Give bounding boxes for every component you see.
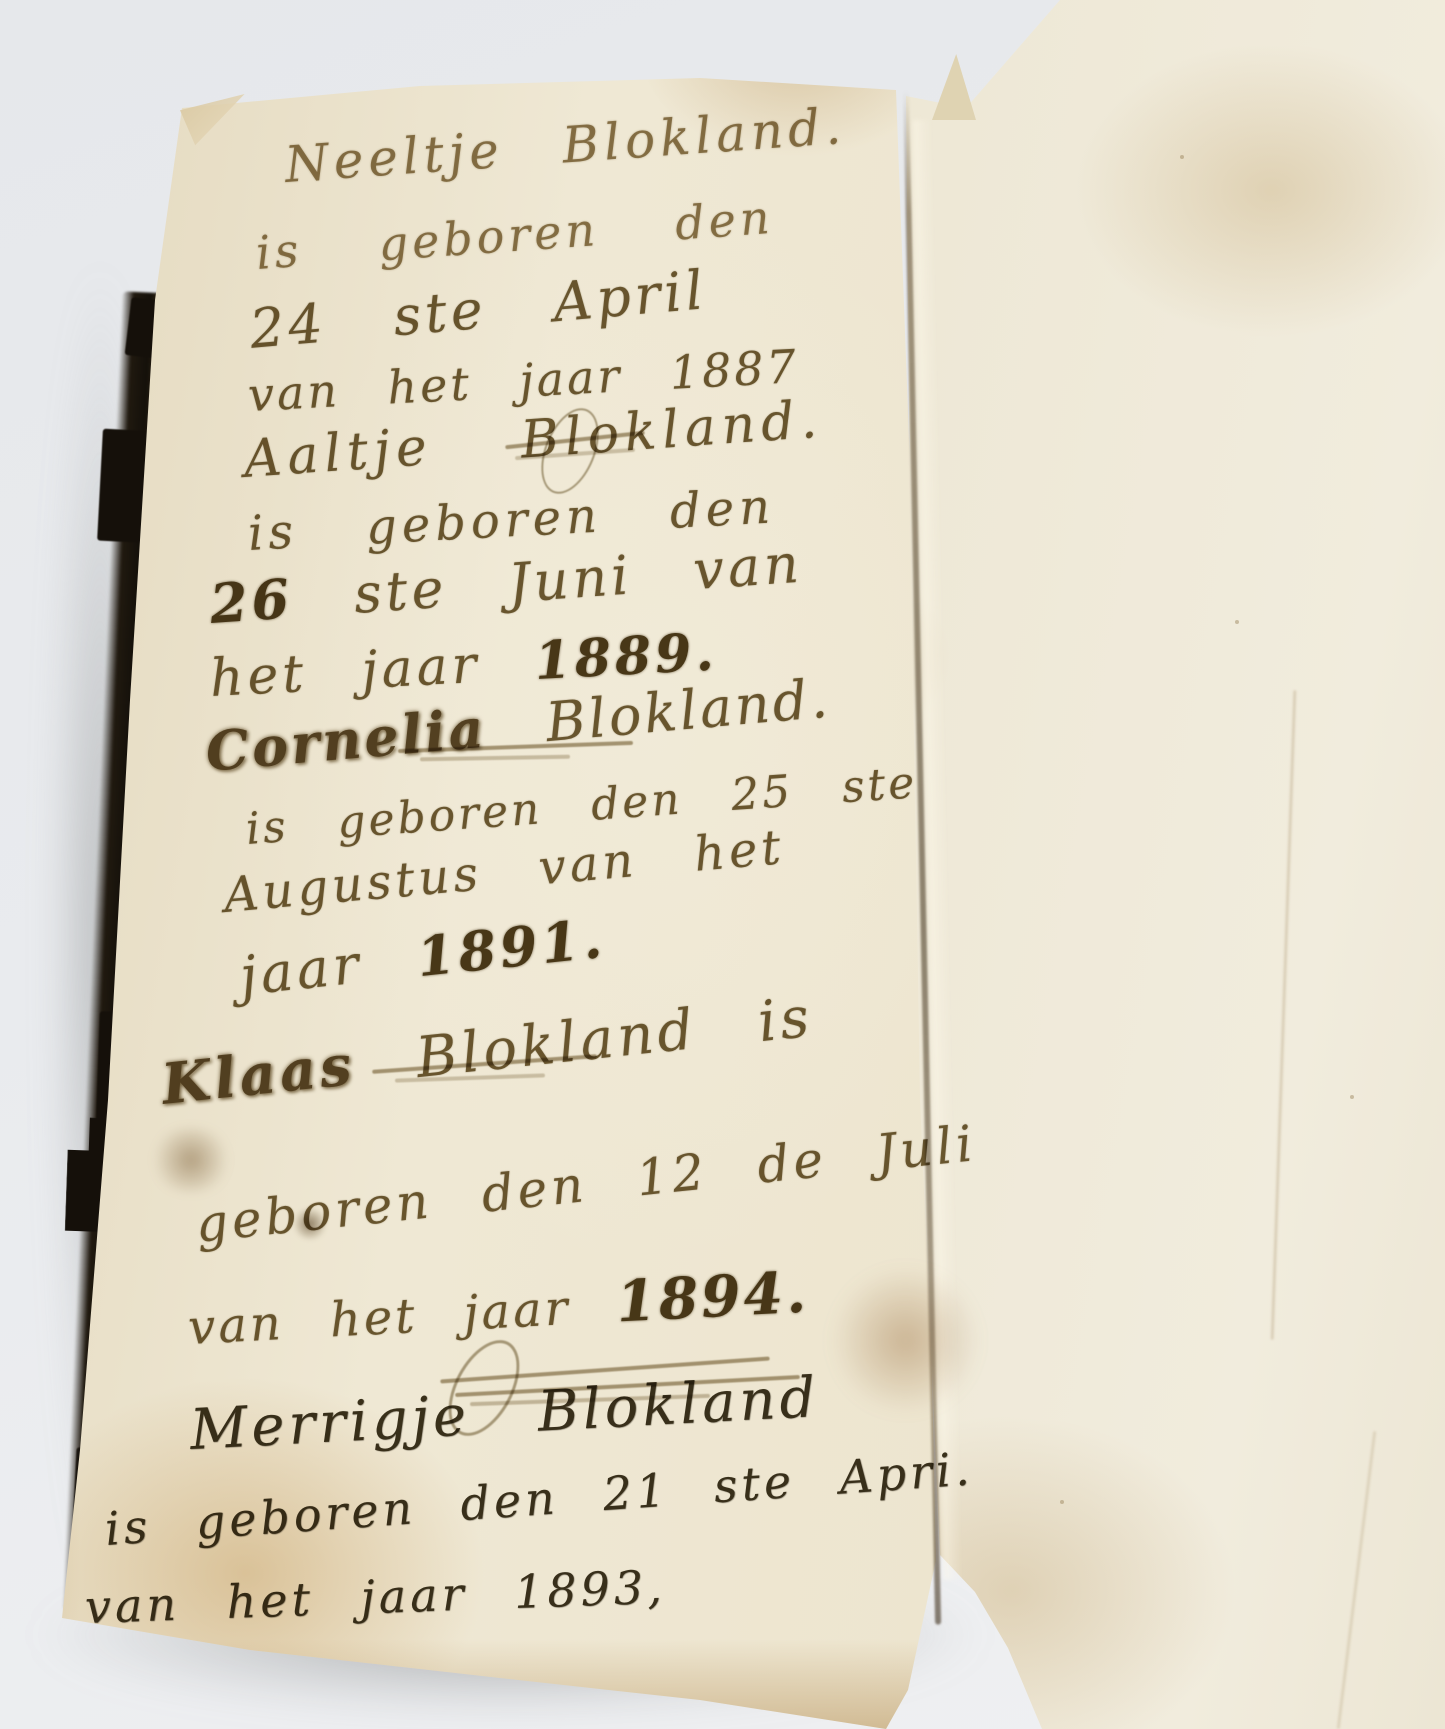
paper-speck [1060,1500,1064,1504]
ink-blot [292,1208,328,1240]
paper-speck [1180,155,1184,159]
paper-speck [1235,620,1239,624]
paper-speck [1350,1095,1354,1099]
handwriting-segment: 26 [208,566,295,636]
ink-stain [828,1268,983,1413]
ink-smudge [148,1128,234,1192]
gutter-fold-tip [932,54,976,120]
photo-of-open-antique-book: Neeltje Blokland. is geboren den 24 ste … [0,0,1445,1729]
handwriting-segment: 1894. [615,1260,811,1336]
